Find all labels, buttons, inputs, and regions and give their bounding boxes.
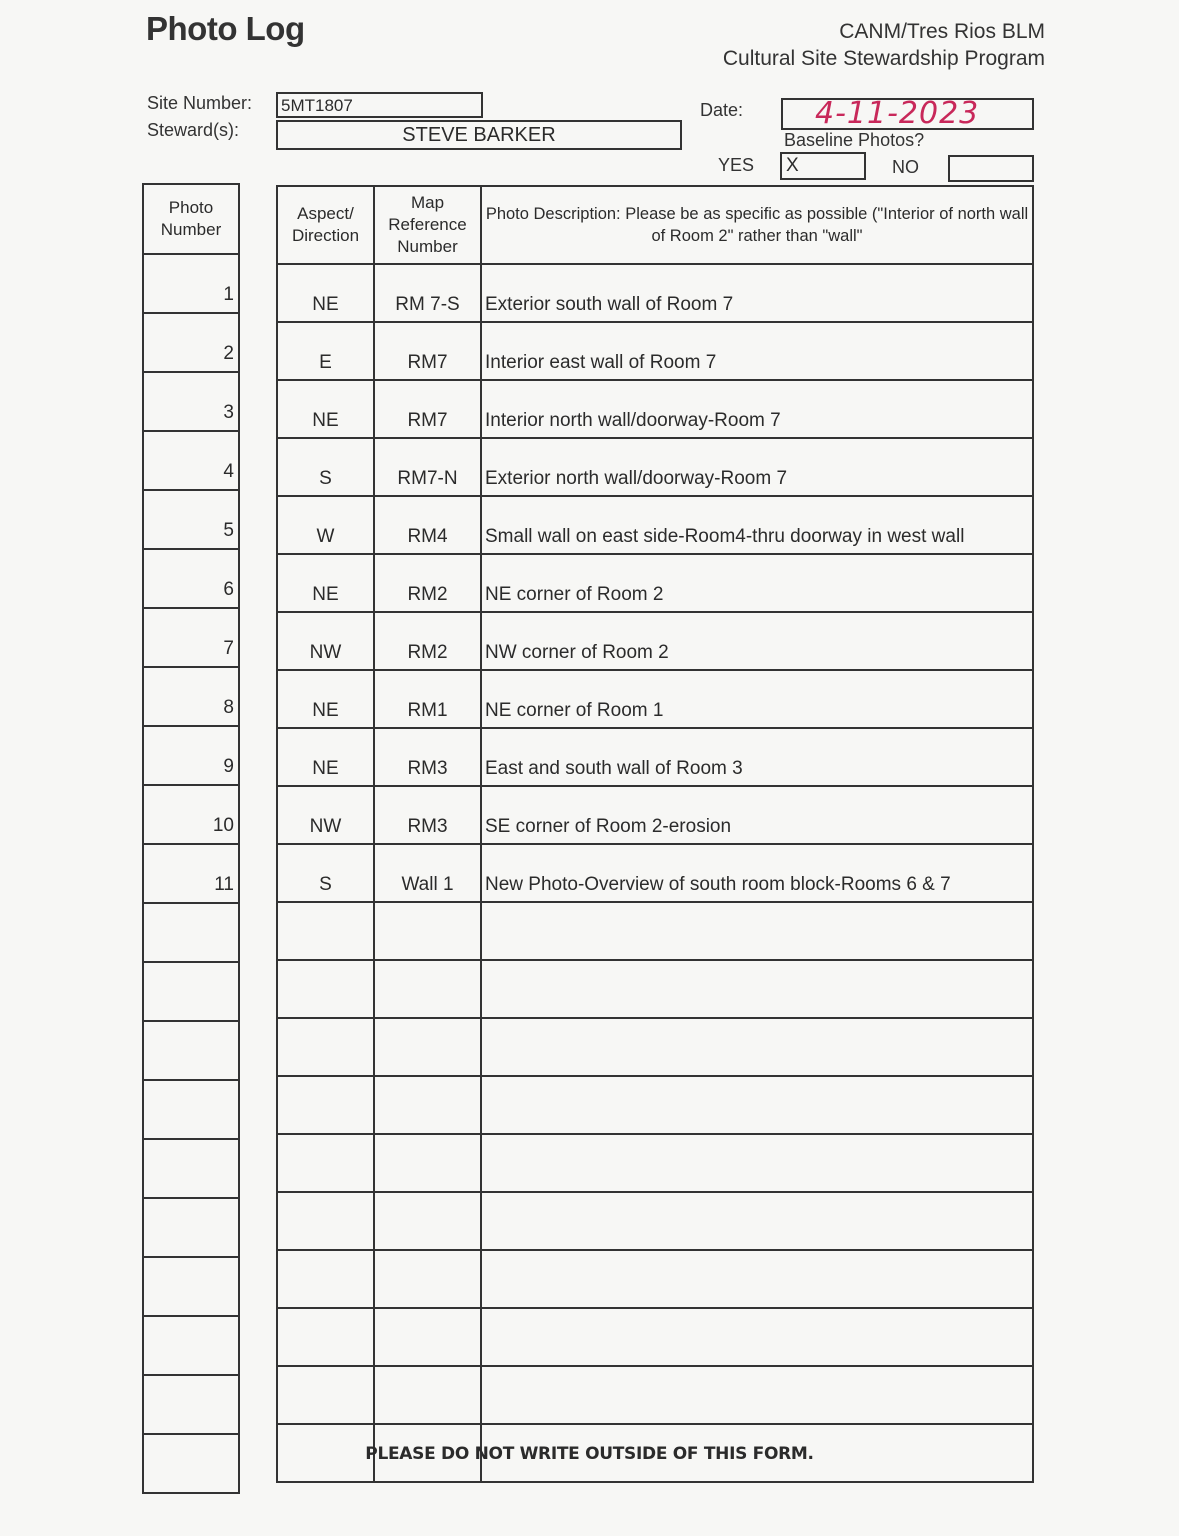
map-ref-cell[interactable]: RM3	[374, 728, 481, 786]
aspect-cell[interactable]: W	[277, 496, 374, 554]
photo-number-cell[interactable]	[143, 1375, 239, 1434]
photo-log-table: Aspect/ Direction Map Reference Number P…	[276, 185, 1034, 1483]
photo-number-cell[interactable]: 1	[143, 254, 239, 313]
table-row	[277, 1018, 1033, 1076]
aspect-cell[interactable]	[277, 1308, 374, 1366]
map-ref-cell[interactable]: RM7-N	[374, 438, 481, 496]
photo-number-cell[interactable]	[143, 1198, 239, 1257]
description-cell[interactable]: NW corner of Room 2	[481, 612, 1033, 670]
description-cell[interactable]	[481, 1192, 1033, 1250]
table-row	[143, 1021, 239, 1080]
table-row: 1	[143, 254, 239, 313]
table-row	[143, 1080, 239, 1139]
map-ref-cell[interactable]: RM7	[374, 380, 481, 438]
map-ref-cell[interactable]: RM2	[374, 554, 481, 612]
stewards-label: Steward(s):	[147, 120, 239, 141]
aspect-cell[interactable]: NE	[277, 554, 374, 612]
aspect-cell[interactable]	[277, 1192, 374, 1250]
aspect-cell[interactable]	[277, 1018, 374, 1076]
map-ref-cell[interactable]	[374, 1366, 481, 1424]
aspect-cell[interactable]: NE	[277, 670, 374, 728]
map-ref-cell[interactable]	[374, 902, 481, 960]
org-name: CANM/Tres Rios BLM	[839, 20, 1045, 44]
table-row: 8	[143, 667, 239, 726]
table-row	[277, 1192, 1033, 1250]
photo-number-cell[interactable]: 11	[143, 844, 239, 903]
photo-number-cell[interactable]: 5	[143, 490, 239, 549]
table-row	[143, 1375, 239, 1434]
description-cell[interactable]	[481, 1076, 1033, 1134]
table-row: SRM7-NExterior north wall/doorway-Room 7	[277, 438, 1033, 496]
photo-number-cell[interactable]	[143, 1316, 239, 1375]
map-ref-cell[interactable]: RM 7-S	[374, 264, 481, 322]
table-row	[143, 962, 239, 1021]
photo-number-cell[interactable]	[143, 1139, 239, 1198]
aspect-cell[interactable]: E	[277, 322, 374, 380]
map-ref-cell[interactable]	[374, 1134, 481, 1192]
aspect-cell[interactable]	[277, 1366, 374, 1424]
description-cell[interactable]	[481, 1308, 1033, 1366]
table-row: 9	[143, 726, 239, 785]
aspect-cell[interactable]	[277, 1076, 374, 1134]
table-row	[277, 1076, 1033, 1134]
description-cell[interactable]: NE corner of Room 1	[481, 670, 1033, 728]
table-row: NERM 7-SExterior south wall of Room 7	[277, 264, 1033, 322]
map-ref-cell[interactable]: RM1	[374, 670, 481, 728]
description-header: Photo Description: Please be as specific…	[481, 186, 1033, 264]
map-ref-cell[interactable]	[374, 1018, 481, 1076]
aspect-cell[interactable]	[277, 1134, 374, 1192]
description-cell[interactable]: Interior east wall of Room 7	[481, 322, 1033, 380]
description-cell[interactable]	[481, 1134, 1033, 1192]
description-cell[interactable]	[481, 1366, 1033, 1424]
aspect-cell[interactable]: S	[277, 438, 374, 496]
description-cell[interactable]	[481, 902, 1033, 960]
stewards-field[interactable]: STEVE BARKER	[276, 120, 682, 150]
table-row: NWRM3SE corner of Room 2-erosion	[277, 786, 1033, 844]
map-ref-cell[interactable]: RM2	[374, 612, 481, 670]
table-row	[277, 1366, 1033, 1424]
table-row: 5	[143, 490, 239, 549]
map-ref-cell[interactable]	[374, 1192, 481, 1250]
photo-number-cell[interactable]: 7	[143, 608, 239, 667]
aspect-header: Aspect/ Direction	[277, 186, 374, 264]
description-cell[interactable]	[481, 1018, 1033, 1076]
description-cell[interactable]: SE corner of Room 2-erosion	[481, 786, 1033, 844]
aspect-cell[interactable]	[277, 1250, 374, 1308]
table-row: 3	[143, 372, 239, 431]
description-cell[interactable]	[481, 960, 1033, 1018]
table-row: 6	[143, 549, 239, 608]
aspect-cell[interactable]	[277, 960, 374, 1018]
table-row	[277, 1134, 1033, 1192]
description-cell[interactable]: Small wall on east side-Room4-thru doorw…	[481, 496, 1033, 554]
table-row	[277, 902, 1033, 960]
program-name: Cultural Site Stewardship Program	[723, 47, 1045, 71]
no-checkbox[interactable]	[948, 155, 1034, 182]
map-ref-cell[interactable]	[374, 1308, 481, 1366]
photo-number-cell[interactable]: 4	[143, 431, 239, 490]
no-label: NO	[892, 157, 919, 178]
aspect-cell[interactable]: NE	[277, 264, 374, 322]
table-row	[277, 960, 1033, 1018]
description-cell[interactable]: NE corner of Room 2	[481, 554, 1033, 612]
table-row	[143, 1139, 239, 1198]
photo-number-cell[interactable]	[143, 1021, 239, 1080]
photo-number-cell[interactable]: 2	[143, 313, 239, 372]
description-cell[interactable]: Exterior south wall of Room 7	[481, 264, 1033, 322]
date-value: 4-11-2023	[815, 96, 979, 131]
description-cell[interactable]: East and south wall of Room 3	[481, 728, 1033, 786]
table-row	[143, 1316, 239, 1375]
photo-number-table: Photo Number 1234567891011	[142, 183, 240, 1494]
description-cell[interactable]	[481, 1250, 1033, 1308]
map-ref-cell[interactable]	[374, 1076, 481, 1134]
date-label: Date:	[700, 100, 743, 121]
table-row: 10	[143, 785, 239, 844]
description-cell[interactable]: New Photo-Overview of south room block-R…	[481, 844, 1033, 902]
table-row: NERM7Interior north wall/doorway-Room 7	[277, 380, 1033, 438]
description-cell[interactable]: Interior north wall/doorway-Room 7	[481, 380, 1033, 438]
table-row	[143, 1257, 239, 1316]
aspect-cell[interactable]: NW	[277, 612, 374, 670]
aspect-cell[interactable]	[277, 902, 374, 960]
table-row: 11	[143, 844, 239, 903]
table-row	[277, 1308, 1033, 1366]
photo-number-cell[interactable]	[143, 962, 239, 1021]
table-row: NWRM2NW corner of Room 2	[277, 612, 1033, 670]
aspect-cell[interactable]: NW	[277, 786, 374, 844]
map-ref-cell[interactable]: RM4	[374, 496, 481, 554]
baseline-photos-label: Baseline Photos?	[784, 130, 924, 151]
photo-number-cell[interactable]	[143, 1080, 239, 1139]
table-row: NERM1NE corner of Room 1	[277, 670, 1033, 728]
table-row: SWall 1New Photo-Overview of south room …	[277, 844, 1033, 902]
photo-number-cell[interactable]: 3	[143, 372, 239, 431]
footer-notice: PLEASE DO NOT WRITE OUTSIDE OF THIS FORM…	[0, 1444, 1179, 1464]
map-ref-cell[interactable]: RM3	[374, 786, 481, 844]
aspect-cell[interactable]: S	[277, 844, 374, 902]
map-ref-cell[interactable]	[374, 960, 481, 1018]
table-row	[277, 1250, 1033, 1308]
photo-number-cell[interactable]: 8	[143, 667, 239, 726]
table-row: WRM4Small wall on east side-Room4-thru d…	[277, 496, 1033, 554]
table-row: 7	[143, 608, 239, 667]
site-number-label: Site Number:	[147, 93, 252, 114]
site-number-field[interactable]: 5MT1807	[276, 92, 483, 118]
table-row: NERM3East and south wall of Room 3	[277, 728, 1033, 786]
photo-number-cell[interactable]: 9	[143, 726, 239, 785]
page-title: Photo Log	[146, 10, 305, 48]
aspect-cell[interactable]: NE	[277, 728, 374, 786]
table-row	[143, 903, 239, 962]
map-ref-header: Map Reference Number	[374, 186, 481, 264]
photo-number-cell[interactable]	[143, 903, 239, 962]
map-ref-cell[interactable]: RM7	[374, 322, 481, 380]
photo-number-cell[interactable]: 10	[143, 785, 239, 844]
photo-number-header: Photo Number	[143, 184, 239, 254]
aspect-cell[interactable]: NE	[277, 380, 374, 438]
table-row: ERM7Interior east wall of Room 7	[277, 322, 1033, 380]
photo-number-cell[interactable]: 6	[143, 549, 239, 608]
table-row: 4	[143, 431, 239, 490]
map-ref-cell[interactable]: Wall 1	[374, 844, 481, 902]
yes-checkbox[interactable]: X	[780, 152, 866, 180]
table-row: 2	[143, 313, 239, 372]
map-ref-cell[interactable]	[374, 1250, 481, 1308]
yes-label: YES	[718, 155, 754, 176]
table-row: NERM2NE corner of Room 2	[277, 554, 1033, 612]
description-cell[interactable]: Exterior north wall/doorway-Room 7	[481, 438, 1033, 496]
photo-number-cell[interactable]	[143, 1257, 239, 1316]
table-row	[143, 1198, 239, 1257]
